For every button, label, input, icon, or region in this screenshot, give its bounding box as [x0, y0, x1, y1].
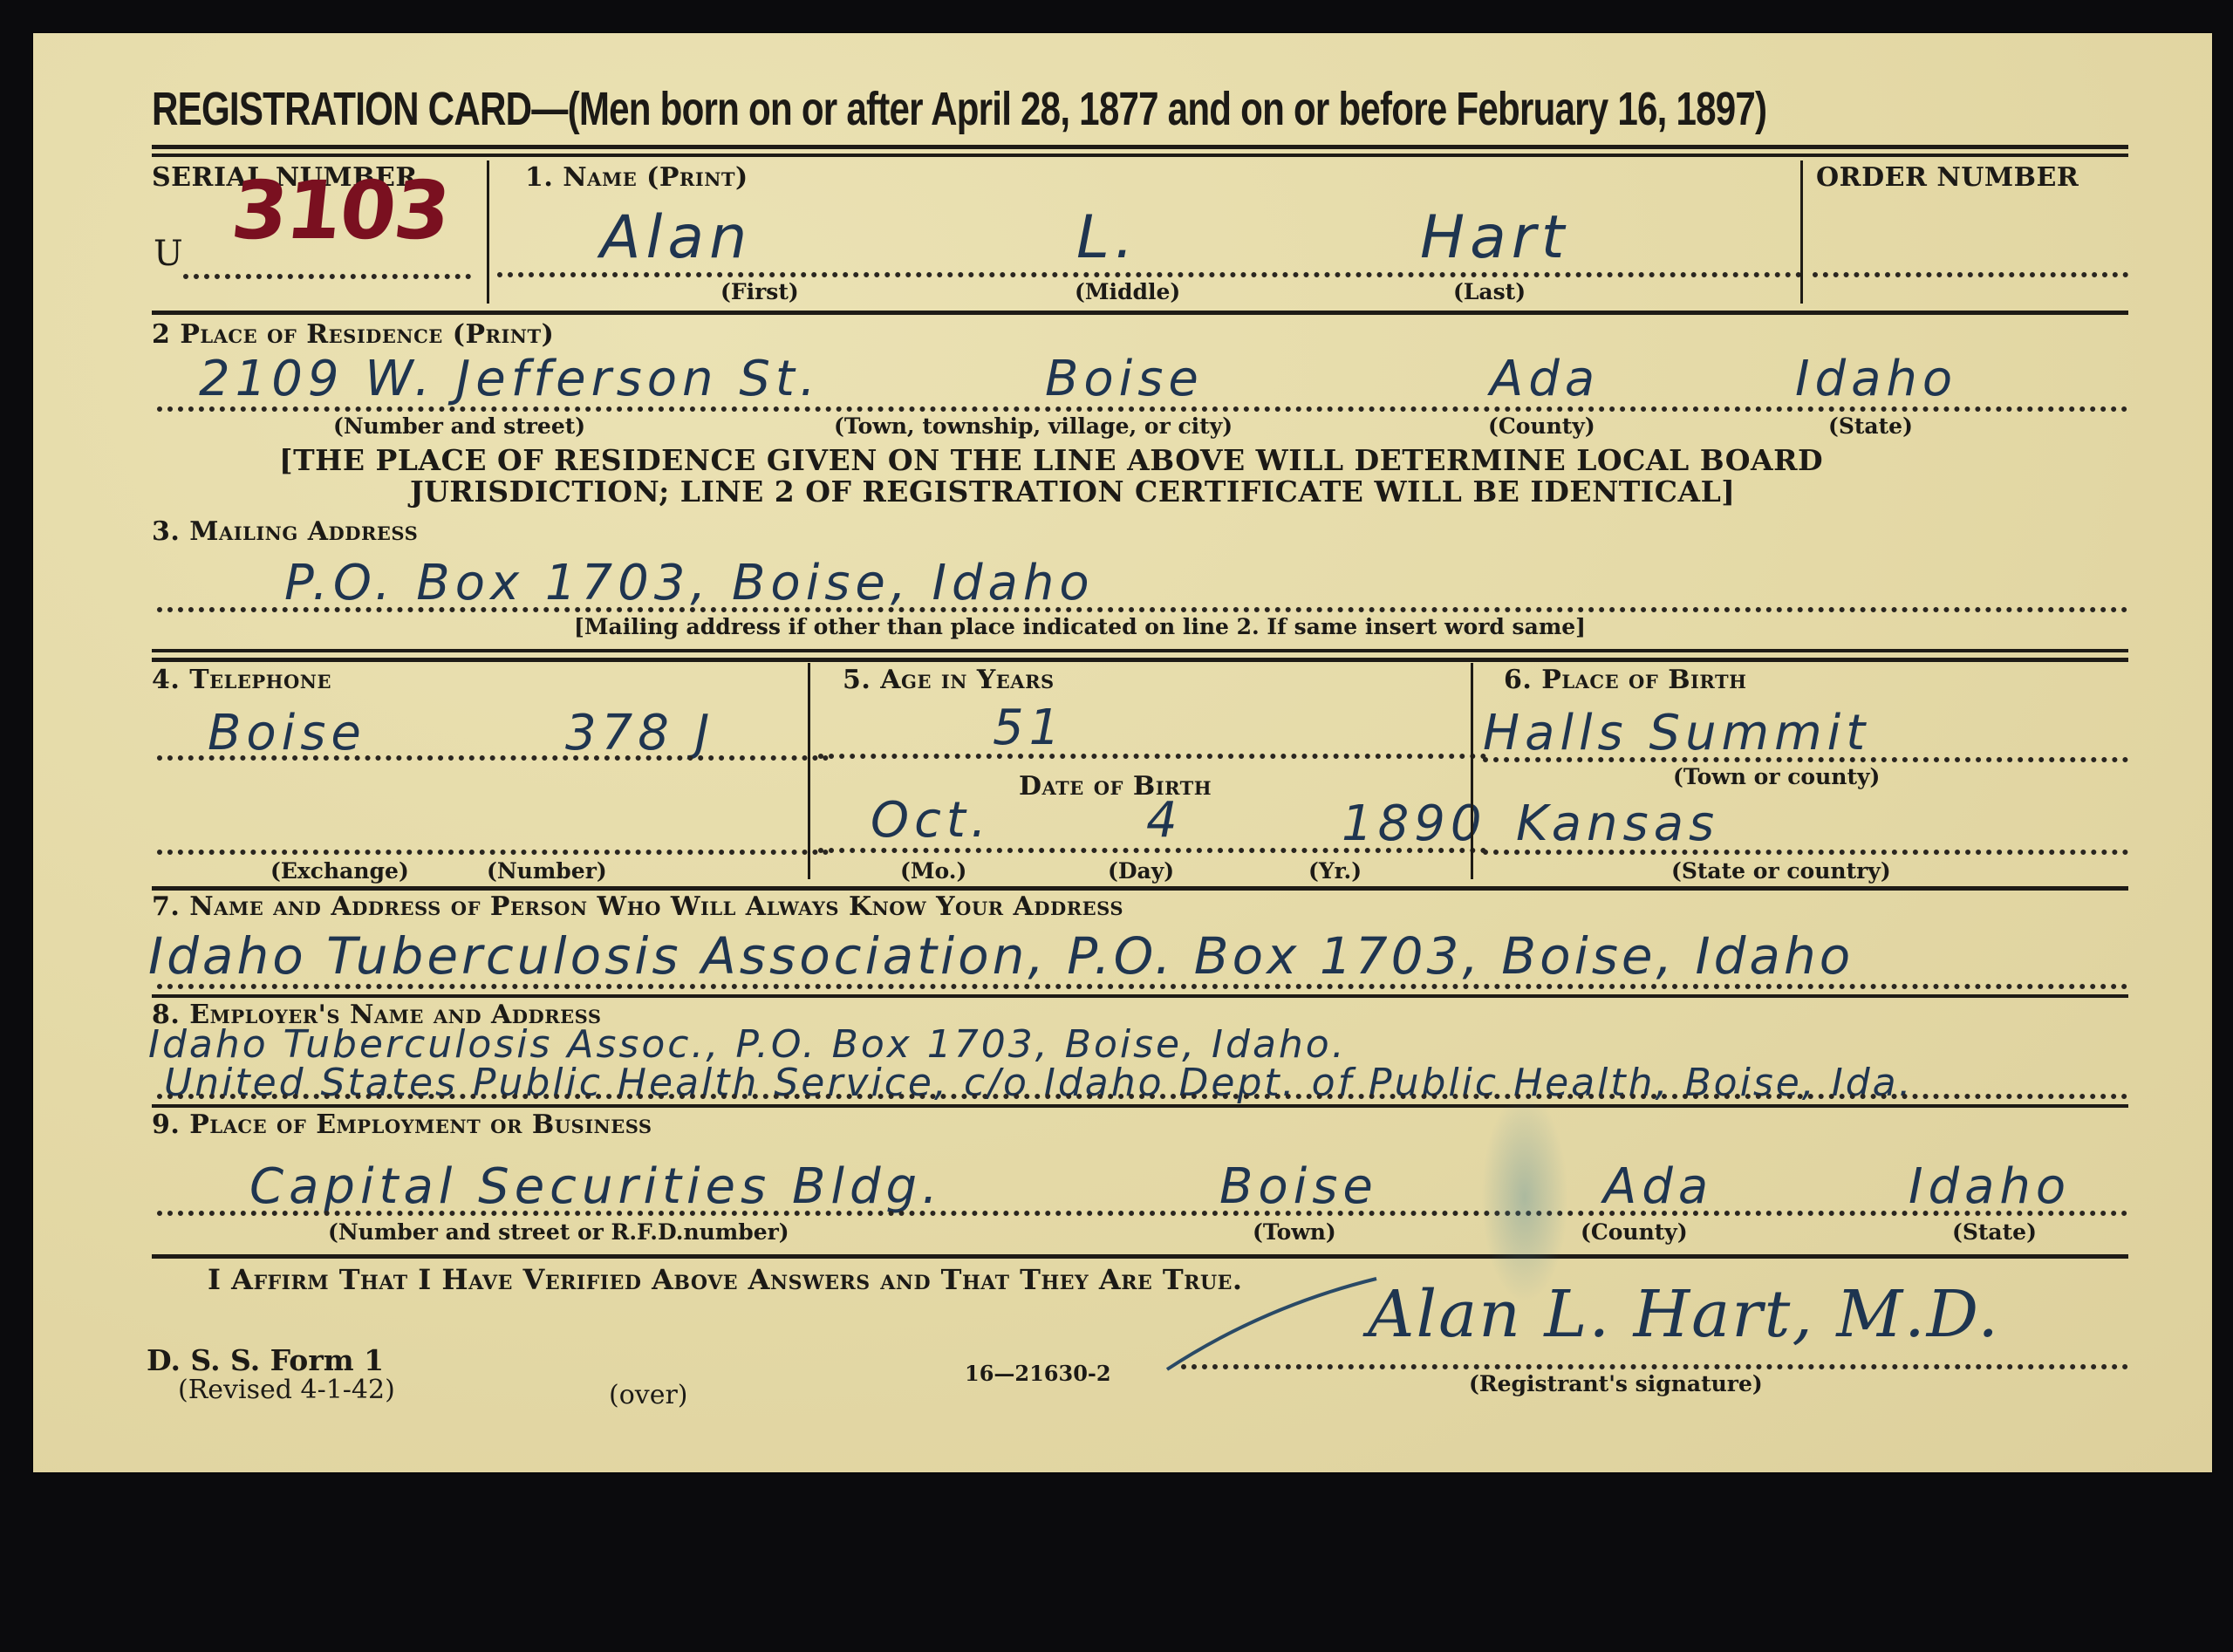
place-of-birth-label: 6. Place of Birth: [1504, 665, 1746, 695]
top-rule-1: [152, 145, 2128, 149]
rule: [152, 658, 2128, 662]
divider: [487, 160, 489, 304]
rule: [152, 649, 2128, 652]
contact-line: [157, 984, 2128, 989]
county-caption: (County): [1488, 413, 1595, 439]
first-name-value: Alan: [600, 203, 752, 272]
telephone-line-2: [157, 850, 829, 855]
birth-town-caption: (Town or county): [1673, 764, 1880, 789]
employment-place-label: 9. Place of Employment or Business: [152, 1109, 652, 1140]
telephone-exchange-value: Boise: [208, 705, 366, 761]
over-note: (over): [609, 1380, 688, 1410]
rule: [152, 1104, 2128, 1108]
employment-street-value: Capital Securities Bldg.: [249, 1158, 943, 1215]
registration-card: REGISTRATION CARD—(Men born on or after …: [33, 33, 2212, 1472]
mailing-address-caption: [Mailing address if other than place ind…: [574, 614, 1586, 639]
form-number: D. S. S. Form 1: [147, 1343, 384, 1377]
employment-line: [157, 1211, 2128, 1216]
birth-state-caption: (State or country): [1671, 858, 1891, 884]
mailing-address-line: [157, 607, 2128, 612]
birth-town-value: Halls Summit: [1483, 705, 1870, 761]
divider: [1800, 160, 1803, 304]
age-value: 51: [993, 700, 1065, 756]
residence-street-value: 2109 W. Jefferson St.: [199, 351, 821, 407]
employment-county-caption: (County): [1581, 1219, 1688, 1245]
card-title: REGISTRATION CARD—(Men born on or after …: [152, 82, 1766, 136]
ink-stain: [1481, 1093, 1568, 1302]
year-caption: (Yr.): [1308, 858, 1362, 884]
jurisdiction-notice-line2: JURISDICTION; LINE 2 OF REGISTRATION CER…: [410, 474, 1735, 509]
mailing-address-label: 3. Mailing Address: [152, 516, 418, 547]
month-caption: (Mo.): [900, 858, 966, 884]
telephone-label: 4. Telephone: [152, 665, 331, 695]
employer-line: [157, 1094, 2128, 1099]
employment-town-value: Boise: [1219, 1158, 1378, 1215]
print-code: 16—21630-2: [965, 1361, 1111, 1386]
employment-state-value: Idaho: [1909, 1158, 2071, 1215]
jurisdiction-notice-line1: [THE PLACE OF RESIDENCE GIVEN ON THE LIN…: [279, 443, 1823, 477]
last-name-value: Hart: [1420, 203, 1569, 272]
residence-label: 2 Place of Residence (Print): [152, 319, 554, 350]
birth-state-line: [1483, 850, 2128, 855]
birth-day-value: 4: [1146, 792, 1183, 849]
signature-caption: (Registrant's signature): [1469, 1371, 1763, 1396]
last-caption: (Last): [1453, 279, 1526, 304]
divider: [1471, 663, 1473, 879]
exchange-caption: (Exchange): [270, 858, 409, 884]
order-number-label: ORDER NUMBER: [1816, 162, 2079, 193]
residence-county-value: Ada: [1490, 351, 1600, 407]
signature-line: [1181, 1364, 2128, 1369]
divider: [808, 663, 810, 879]
telephone-number-value: 378 J: [565, 705, 714, 761]
birth-town-line: [1483, 757, 2128, 762]
residence-line: [157, 406, 2128, 412]
state-caption: (State): [1828, 413, 1913, 439]
middle-name-value: L.: [1076, 203, 1139, 272]
employment-county-value: Ada: [1603, 1158, 1713, 1215]
name-label: 1. Name (Print): [525, 162, 748, 193]
rule: [152, 886, 2128, 891]
middle-caption: (Middle): [1075, 279, 1180, 304]
first-caption: (First): [720, 279, 799, 304]
top-rule-2: [152, 154, 2128, 157]
employment-state-caption: (State): [1952, 1219, 2037, 1245]
birth-year-value: 1890: [1342, 795, 1487, 852]
age-line: [818, 754, 1486, 759]
registrant-signature: Alan L. Hart, M.D.: [1368, 1277, 2000, 1352]
contact-value: Idaho Tuberculosis Association, P.O. Box…: [148, 926, 1854, 986]
town-caption: (Town, township, village, or city): [834, 413, 1233, 439]
rule: [152, 311, 2128, 315]
day-caption: (Day): [1108, 858, 1174, 884]
order-number-line: [1813, 272, 2128, 277]
dob-line: [818, 848, 1486, 853]
name-line: [497, 272, 1802, 277]
serial-prefix: U: [154, 234, 183, 274]
street-caption: (Number and street): [333, 413, 585, 439]
rule: [152, 1254, 2128, 1259]
signature-flourish: [1158, 1272, 1385, 1376]
serial-number-stamp: 3103: [227, 164, 453, 257]
residence-town-value: Boise: [1045, 351, 1204, 407]
rule: [152, 994, 2128, 998]
employment-town-caption: (Town): [1253, 1219, 1336, 1245]
date-of-birth-label: Date of Birth: [1019, 771, 1212, 802]
telephone-line-1: [157, 755, 829, 761]
mailing-address-value: P.O. Box 1703, Boise, Idaho: [284, 555, 1095, 611]
number-caption: (Number): [487, 858, 607, 884]
residence-state-value: Idaho: [1795, 351, 1957, 407]
birth-month-value: Oct.: [871, 792, 992, 849]
birth-state-value: Kansas: [1516, 795, 1719, 852]
employment-street-caption: (Number and street or R.F.D.number): [328, 1219, 789, 1245]
contact-label: 7. Name and Address of Person Who Will A…: [152, 891, 1123, 922]
serial-number-line: [183, 274, 471, 279]
affirmation-text: I Affirm That I Have Verified Above Answ…: [208, 1263, 1243, 1296]
form-revised: (Revised 4-1-42): [178, 1375, 395, 1405]
age-label: 5. Age in Years: [843, 665, 1055, 695]
